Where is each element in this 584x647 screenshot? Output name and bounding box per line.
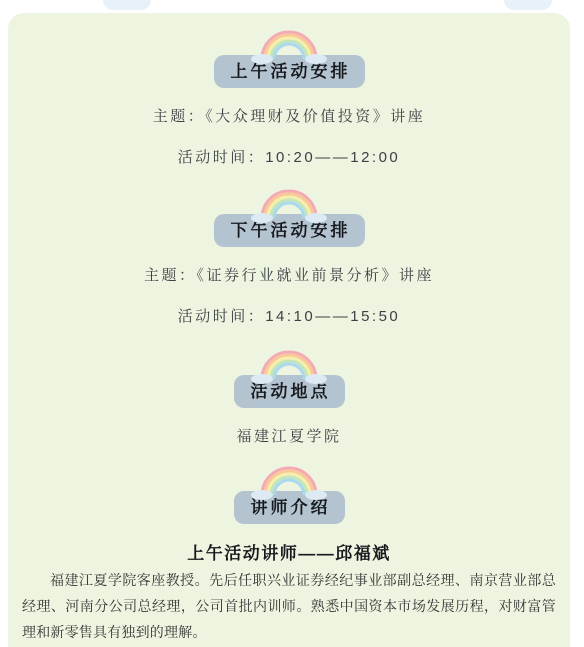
section-header: 活动地点 [234,349,345,408]
section-location: 活动地点 福建江夏学院 [18,349,560,447]
lecturer-name-line: 上午活动讲师——邱福斌 [187,542,391,565]
rainbow-cloud-icon [241,29,337,65]
rainbow-cloud-icon [241,465,337,501]
rainbow-cloud-icon [241,188,337,224]
morning-topic-line: 主题：《大众理财及价值投资》讲座 [153,106,426,127]
rainbow-cloud-icon [241,349,337,385]
section-morning-schedule: 上午活动安排 主题：《大众理财及价值投资》讲座 活动时间：10:20——12:0… [18,29,560,168]
afternoon-topic-line: 主题：《证券行业就业前景分析》讲座 [144,265,434,286]
section-header: 上午活动安排 [214,29,365,88]
section-header: 下午活动安排 [214,188,365,247]
section-lecturer-intro: 讲师介绍 上午活动讲师——邱福斌 福建江夏学院客座教授。先后任职兴业证券经纪事业… [18,465,560,645]
cloud-top-right-icon [504,0,552,10]
section-header: 讲师介绍 [234,465,345,524]
page: 上午活动安排 主题：《大众理财及价值投资》讲座 活动时间：10:20——12:0… [0,0,584,647]
section-afternoon-schedule: 下午活动安排 主题：《证券行业就业前景分析》讲座 活动时间：14:10——15:… [18,188,560,327]
afternoon-time-line: 活动时间：14:10——15:50 [178,306,401,327]
lecturer-bio-paragraph: 福建江夏学院客座教授。先后任职兴业证券经纪事业部副总经理、南京营业部总经理、河南… [18,567,560,645]
morning-time-line: 活动时间：10:20——12:00 [178,147,401,168]
cloud-top-left-icon [103,0,151,10]
content-panel: 上午活动安排 主题：《大众理财及价值投资》讲座 活动时间：10:20——12:0… [8,13,570,647]
location-line: 福建江夏学院 [236,426,341,447]
